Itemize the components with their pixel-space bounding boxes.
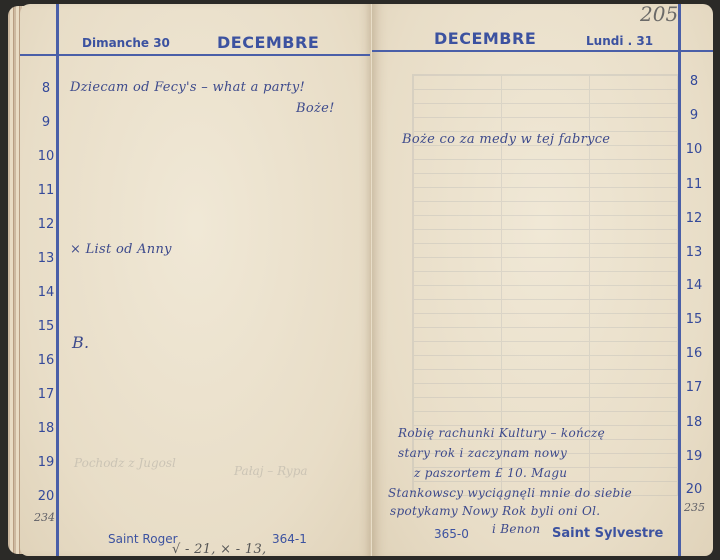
hour-label: 11 bbox=[682, 177, 706, 192]
hour-label: 8 bbox=[682, 74, 706, 89]
hour-label: 17 bbox=[34, 387, 58, 402]
pencil-tally-note: √ - 21, × - 13, bbox=[172, 542, 266, 557]
hour-label: 14 bbox=[682, 278, 706, 293]
right-margin-line bbox=[678, 4, 681, 556]
right-header-line bbox=[372, 50, 713, 52]
hour-label: 20 bbox=[682, 482, 706, 497]
hour-label: 12 bbox=[34, 217, 58, 232]
hour-label: 15 bbox=[682, 312, 706, 327]
hour-label: 9 bbox=[34, 115, 58, 130]
handwritten-entry: Boże co za medy w tej fabryce bbox=[402, 132, 610, 147]
handwritten-entry: B. bbox=[72, 333, 89, 352]
handwritten-entry: Dziecam od Fecy's – what a party! bbox=[70, 80, 305, 95]
left-day-count: 364-1 bbox=[272, 532, 307, 546]
hour-label: 19 bbox=[34, 455, 58, 470]
hour-label: 19 bbox=[682, 449, 706, 464]
left-saint-name: Saint Roger bbox=[108, 532, 178, 546]
hour-label: 16 bbox=[682, 346, 706, 361]
right-page-number: 235 bbox=[684, 501, 705, 514]
left-page: Dimanche 30 DECEMBRE 8 9 10 11 12 13 14 … bbox=[20, 4, 372, 556]
hour-label: 15 bbox=[34, 319, 58, 334]
handwritten-entry: spotykamy Nowy Rok byli oni Ol. bbox=[390, 504, 600, 518]
hour-label: 10 bbox=[34, 149, 58, 164]
diary-spread: Dimanche 30 DECEMBRE 8 9 10 11 12 13 14 … bbox=[0, 0, 720, 560]
left-page-number: 234 bbox=[34, 511, 55, 524]
bleed-through-text: Pochodz z Jugosl bbox=[74, 456, 176, 470]
handwritten-entry: Robię rachunki Kultury – kończę bbox=[398, 426, 605, 440]
hour-label: 9 bbox=[682, 108, 706, 123]
handwritten-entry: × List od Anny bbox=[70, 242, 172, 257]
hour-label: 16 bbox=[34, 353, 58, 368]
hour-label: 18 bbox=[682, 415, 706, 430]
hour-label: 11 bbox=[34, 183, 58, 198]
handwritten-entry: stary rok i zaczynam nowy bbox=[398, 446, 567, 460]
hour-label: 12 bbox=[682, 211, 706, 226]
handwritten-entry: i Benon bbox=[492, 522, 540, 536]
left-month-label: DECEMBRE bbox=[217, 33, 319, 52]
hour-label: 10 bbox=[682, 142, 706, 157]
right-saint-name: Saint Sylvestre bbox=[552, 526, 663, 541]
bleed-through-text: Pałaj – Rypa bbox=[234, 464, 308, 478]
left-header-line bbox=[20, 54, 372, 56]
handwritten-entry: Stankowscy wyciągnęli mnie do siebie bbox=[388, 486, 632, 500]
hour-label: 13 bbox=[682, 245, 706, 260]
right-month-label: DECEMBRE bbox=[434, 29, 536, 48]
right-page: DECEMBRE Lundi . 31 205 8 9 10 11 12 13 … bbox=[372, 4, 713, 556]
hour-label: 20 bbox=[34, 489, 58, 504]
hour-label: 17 bbox=[682, 380, 706, 395]
right-day-count: 365-0 bbox=[434, 527, 469, 541]
hour-label: 14 bbox=[34, 285, 58, 300]
hour-label: 8 bbox=[34, 81, 58, 96]
hour-label: 13 bbox=[34, 251, 58, 266]
corner-page-number: 205 bbox=[640, 2, 678, 26]
left-day-label: Dimanche 30 bbox=[82, 36, 170, 50]
hour-label: 18 bbox=[34, 421, 58, 436]
handwritten-entry: z paszortem £ 10. Magu bbox=[414, 466, 567, 480]
handwritten-entry: Boże! bbox=[296, 101, 335, 116]
right-day-label: Lundi . 31 bbox=[586, 34, 653, 48]
